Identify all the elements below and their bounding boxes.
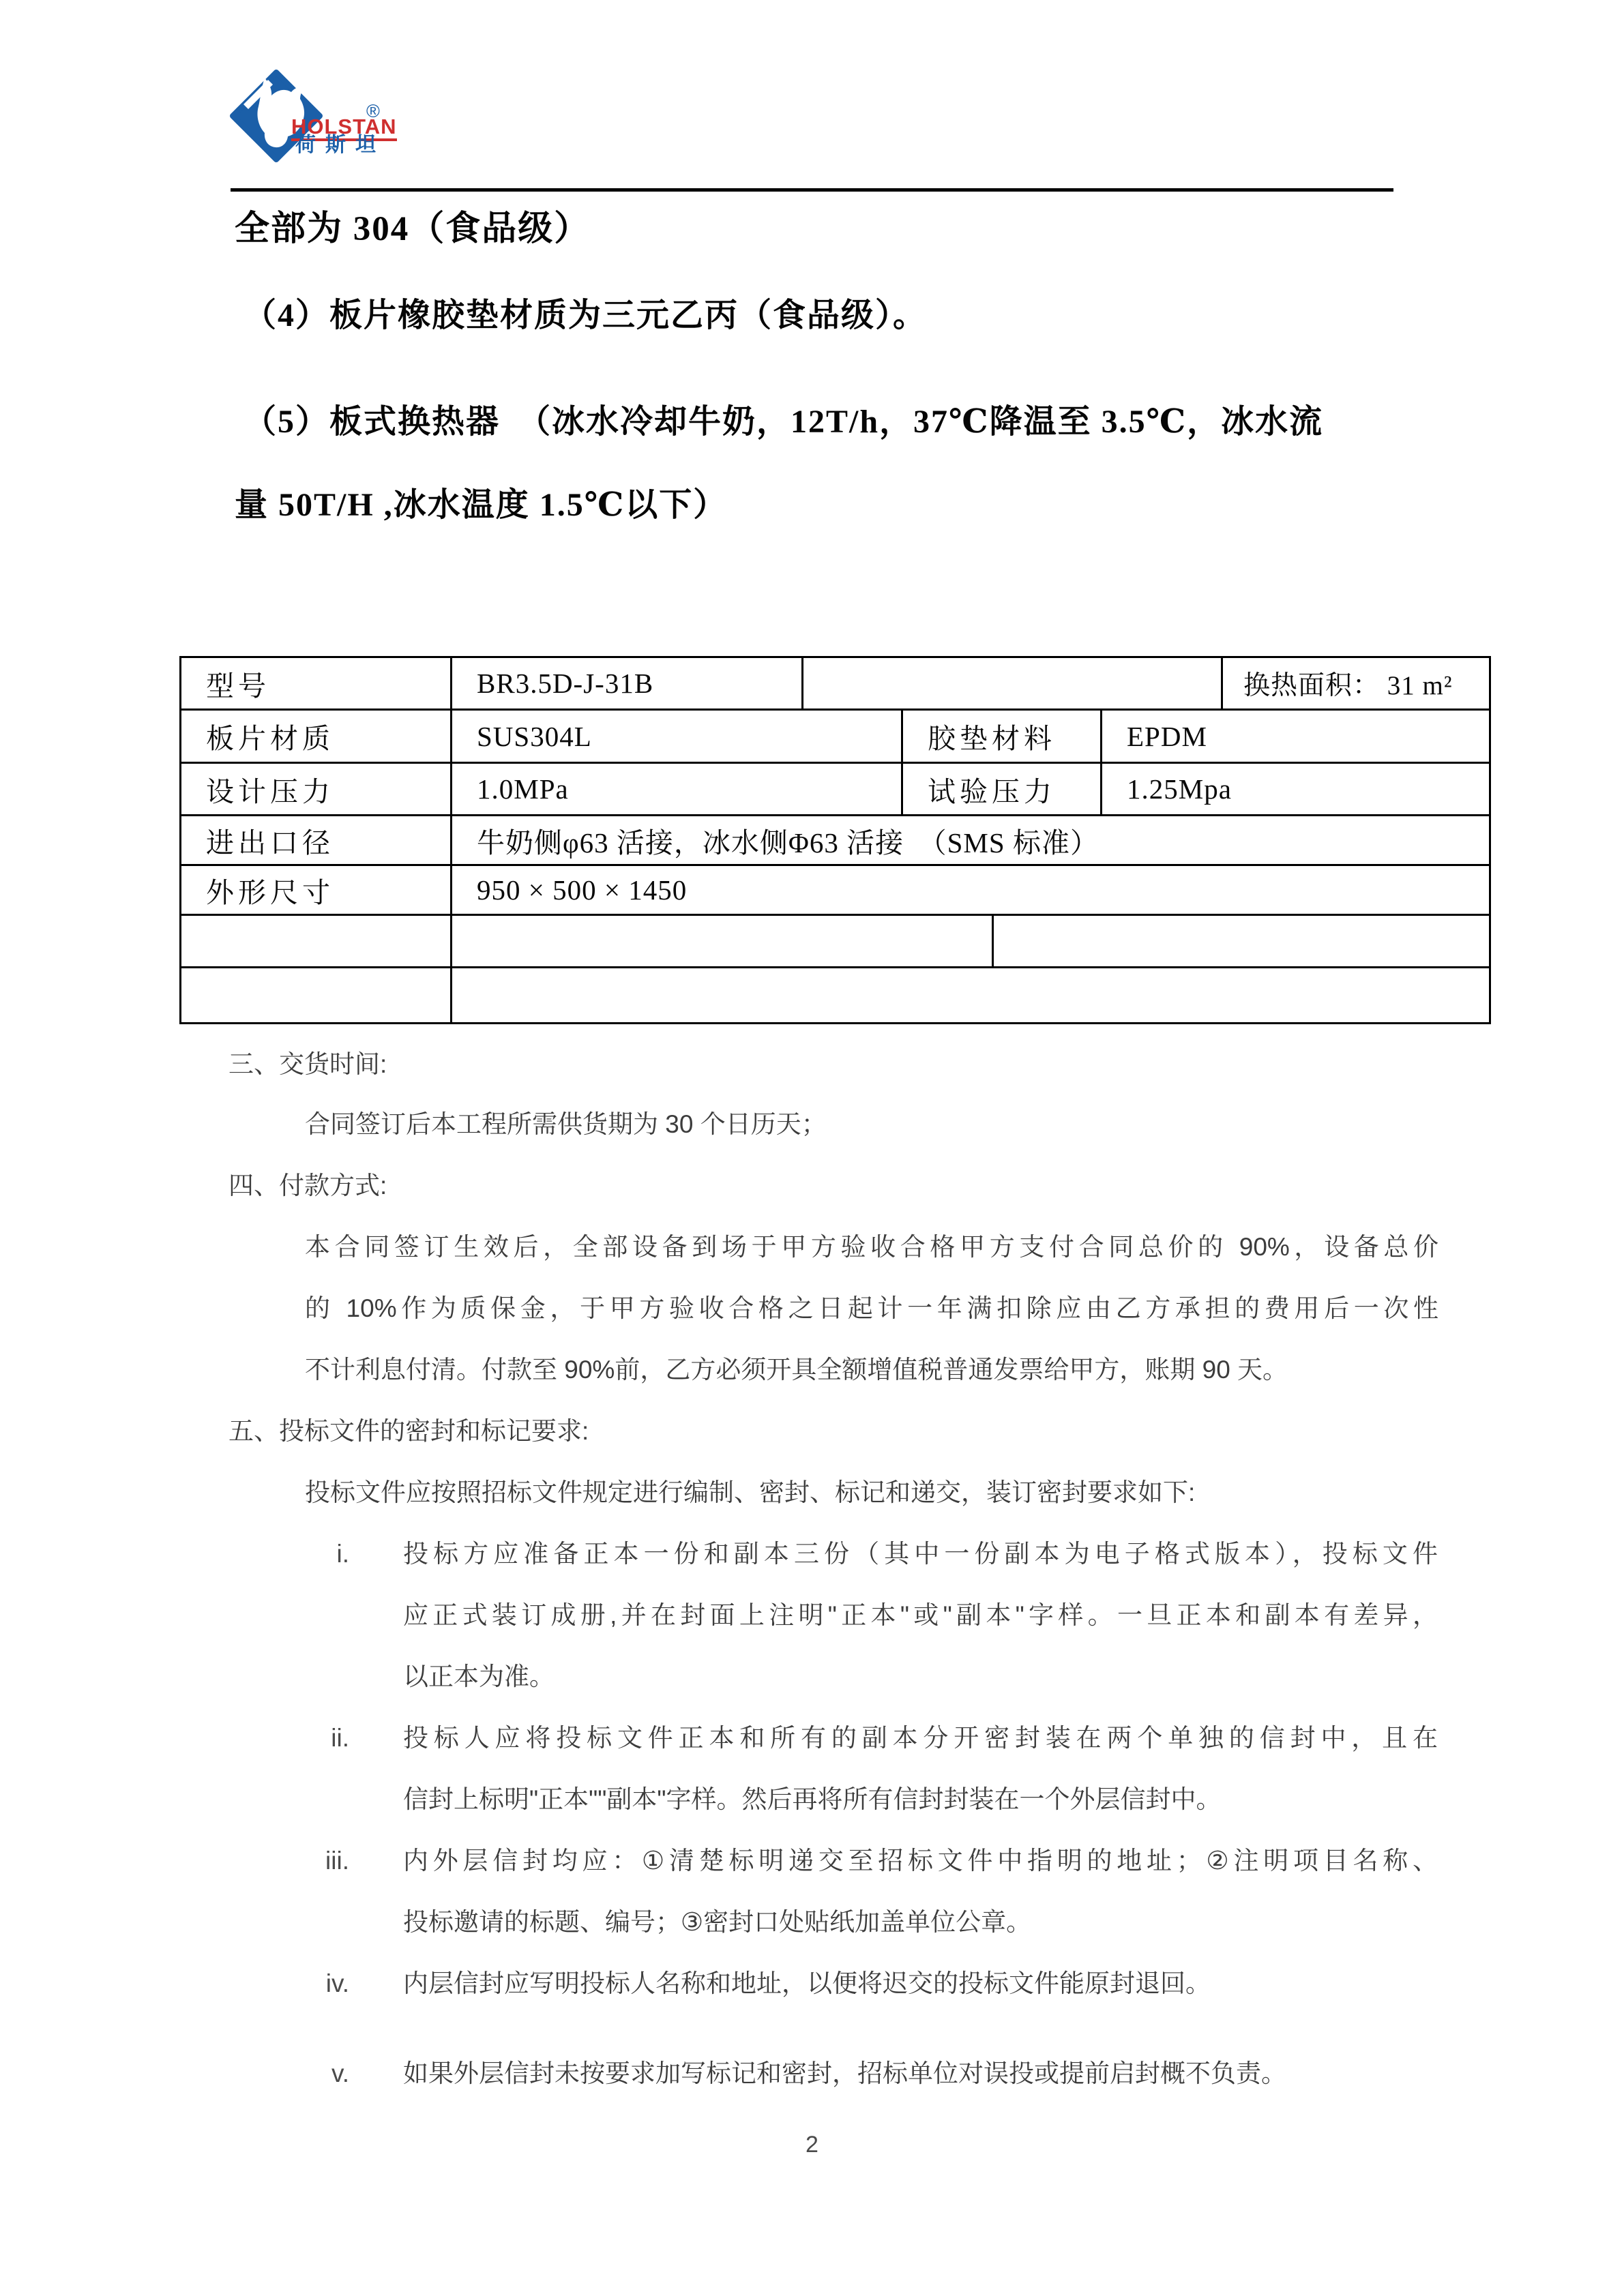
payment-line-3: 不计利息付清。付款至 90%前，乙方必须开具全额增值税普通发票给甲方，账期 90…: [305, 1339, 1438, 1401]
section-payment-title: 四、付款方式:: [228, 1155, 387, 1217]
table-row: 设计压力 1.0MPa 试验压力 1.25Mpa: [181, 763, 1490, 816]
list-item-v: v. 如果外层信封未按要求加写标记和密封，招标单位对误投或提前启封概不负责。: [286, 2043, 1438, 2104]
list-item-ii-line-2: 信封上标明"正本""副本"字样。然后再将所有信封封装在一个外层信封中。: [403, 1769, 1438, 1830]
plate-material-label: 板片材质: [181, 710, 452, 763]
table-cell-empty: [181, 915, 452, 968]
list-item-iv: iv. 内层信封应写明投标人名称和地址，以便将迟交的投标文件能原封退回。: [286, 1953, 1438, 2014]
list-item-i-line-1: 投标方应准备正本一份和副本三份（其中一份副本为电子格式版本），投标文件: [403, 1523, 1438, 1585]
document-page: HOLSTAN ® 荷斯坦 全部为 304（食品级） （4）板片橡胶垫材质为三元…: [0, 0, 1624, 2296]
ports-label: 进出口径: [181, 816, 452, 865]
list-marker: iv.: [286, 1953, 349, 2014]
model-label: 型号: [181, 657, 452, 710]
list-marker: ii.: [286, 1708, 349, 1769]
list-item-ii-line-1: 投标人应将投标文件正本和所有的副本分开密封装在两个单独的信封中，且在: [403, 1708, 1438, 1769]
table-row: 型号 BR3.5D-J-31B 换热面积： 31 m²: [181, 657, 1490, 710]
payment-line-1: 本合同签订生效后，全部设备到场于甲方验收合格甲方支付合同总价的 90%，设备总价: [305, 1217, 1438, 1278]
page-number: 2: [0, 2114, 1624, 2175]
list-item-iv-line-1: 内层信封应写明投标人名称和地址，以便将迟交的投标文件能原封退回。: [403, 1953, 1438, 2014]
section-sealing-intro: 投标文件应按照招标文件规定进行编制、密封、标记和递交，装订密封要求如下:: [305, 1462, 1195, 1523]
section-delivery-body: 合同签订后本工程所需供货期为 30 个日历天；: [305, 1094, 827, 1155]
list-item-v-line-1: 如果外层信封未按要求加写标记和密封，招标单位对误投或提前启封概不负责。: [403, 2043, 1438, 2104]
list-marker: v.: [286, 2043, 349, 2104]
payment-line-2: 的 10%作为质保金，于甲方验收合格之日起计一年满扣除应由乙方承担的费用后一次性: [305, 1278, 1438, 1339]
spec-table: 型号 BR3.5D-J-31B 换热面积： 31 m² 板片材质 SUS304L…: [179, 656, 1491, 1024]
list-item-ii: ii. 投标人应将投标文件正本和所有的副本分开密封装在两个单独的信封中，且在 信…: [286, 1708, 1438, 1830]
test-pressure-label: 试验压力: [902, 763, 1102, 816]
table-cell-empty: [452, 915, 993, 968]
list-item-iii-line-2: 投标邀请的标题、编号；③密封口处贴纸加盖单位公章。: [403, 1892, 1438, 1953]
ports-value: 牛奶侧φ63 活接，冰水侧Φ63 活接 （SMS 标准）: [452, 816, 1490, 865]
section-sealing-title: 五、投标文件的密封和标记要求:: [228, 1401, 589, 1462]
heading-grade: 全部为 304（食品级）: [235, 210, 590, 249]
list-item-i: i. 投标方应准备正本一份和副本三份（其中一份副本为电子格式版本），投标文件 应…: [286, 1523, 1438, 1708]
table-cell-empty: [803, 657, 1222, 710]
table-cell-empty: [452, 968, 1490, 1024]
registered-trademark-icon: ®: [366, 102, 380, 121]
dimensions-value: 950 × 500 × 1450: [452, 865, 1490, 915]
heat-area-value: 换热面积： 31 m²: [1222, 657, 1490, 710]
table-row: 外形尺寸 950 × 500 × 1450: [181, 865, 1490, 915]
table-row: [181, 915, 1490, 968]
list-item-i-line-2: 应正式装订成册,并在封面上注明"正本"或"副本"字样。一旦正本和副本有差异，: [403, 1585, 1438, 1646]
heading-item-5-line-2: 量 50T/H ,冰水温度 1.5℃以下）: [235, 487, 727, 524]
heading-item-5-line-1: （5）板式换热器 （冰水冷却牛奶，12T/h，37℃降温至 3.5℃，冰水流: [243, 404, 1323, 441]
section-delivery-title: 三、交货时间:: [228, 1034, 387, 1095]
design-pressure-value: 1.0MPa: [452, 763, 902, 816]
dimensions-label: 外形尺寸: [181, 865, 452, 915]
table-row: [181, 968, 1490, 1024]
list-item-iii-line-1: 内外层信封均应：①清楚标明递交至招标文件中指明的地址；②注明项目名称、: [403, 1830, 1438, 1892]
design-pressure-label: 设计压力: [181, 763, 452, 816]
heading-item-4: （4）板片橡胶垫材质为三元乙丙（食品级）。: [243, 297, 927, 334]
table-cell-empty: [181, 968, 452, 1024]
list-item-iii: iii. 内外层信封均应：①清楚标明递交至招标文件中指明的地址；②注明项目名称、…: [286, 1830, 1438, 1953]
test-pressure-value: 1.25Mpa: [1102, 763, 1490, 816]
list-marker: i.: [286, 1523, 349, 1585]
table-cell-empty: [993, 915, 1490, 968]
section-payment-paragraph: 本合同签订生效后，全部设备到场于甲方验收合格甲方支付合同总价的 90%，设备总价…: [305, 1217, 1438, 1401]
table-row: 进出口径 牛奶侧φ63 活接，冰水侧Φ63 活接 （SMS 标准）: [181, 816, 1490, 865]
gasket-material-label: 胶垫材料: [902, 710, 1102, 763]
brand-name-chinese: 荷斯坦: [295, 135, 385, 155]
plate-material-value: SUS304L: [452, 710, 902, 763]
list-marker: iii.: [286, 1830, 349, 1892]
list-item-i-line-3: 以正本为准。: [403, 1646, 1438, 1708]
model-value: BR3.5D-J-31B: [452, 657, 803, 710]
gasket-material-value: EPDM: [1102, 710, 1490, 763]
header-divider: [231, 188, 1393, 192]
table-row: 板片材质 SUS304L 胶垫材料 EPDM: [181, 710, 1490, 763]
